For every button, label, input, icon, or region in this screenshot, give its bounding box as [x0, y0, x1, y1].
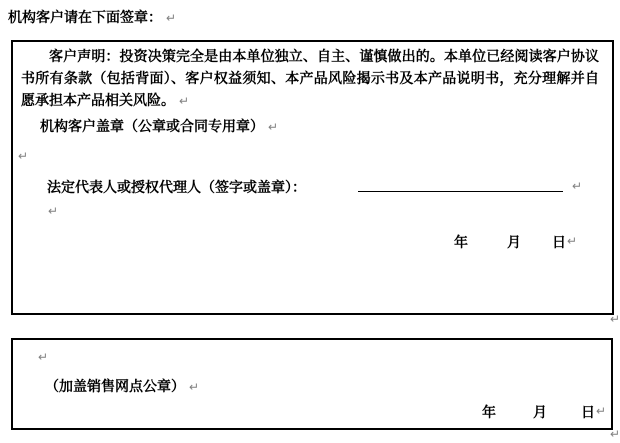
- pilcrow-icon: ↵: [189, 380, 199, 394]
- pilcrow-icon: ↵: [166, 11, 176, 25]
- page-title: 机构客户请在下面签章：: [8, 9, 162, 25]
- pilcrow-icon: ↵: [48, 205, 58, 217]
- client-declaration: 客户声明：投资决策完全是由本单位独立、自主、谨慎做出的。本单位已经阅读客户协议书…: [21, 45, 599, 111]
- pilcrow-icon: ↵: [179, 94, 189, 108]
- pilcrow-icon: ↵: [567, 235, 577, 247]
- client-seal-line: 机构客户盖章（公章或合同专用章）↵: [40, 116, 278, 136]
- pilcrow-icon: ↵: [596, 405, 606, 417]
- date-day-label: 日: [552, 232, 566, 252]
- page-heading-line: 机构客户请在下面签章：↵: [8, 7, 176, 27]
- sales-outlet-seal-line: （加盖销售网点公章）↵: [45, 376, 199, 396]
- date-day-label: 日: [581, 402, 595, 422]
- date-month-label: 月: [533, 402, 547, 422]
- client-seal-instruction: 机构客户盖章（公章或合同专用章）: [40, 118, 264, 134]
- pilcrow-icon: ↵: [268, 120, 278, 134]
- document-page: 机构客户请在下面签章：↵ 客户声明：投资决策完全是由本单位独立、自主、谨慎做出的…: [0, 0, 620, 443]
- signature-line[interactable]: [358, 176, 563, 192]
- legal-representative-row: 法定代表人或授权代理人（签字或盖章）：: [47, 177, 306, 197]
- pilcrow-icon: ↵: [572, 180, 582, 192]
- pilcrow-icon: ↵: [610, 428, 620, 440]
- sales-outlet-seal-instruction: （加盖销售网点公章）: [45, 378, 185, 394]
- pilcrow-icon: ↵: [18, 150, 28, 162]
- pilcrow-icon: ↵: [38, 351, 48, 363]
- legal-representative-label: 法定代表人或授权代理人（签字或盖章）：: [47, 179, 306, 195]
- date-year-label: 年: [482, 402, 496, 422]
- pilcrow-icon: ↵: [610, 313, 620, 325]
- date-year-label: 年: [454, 232, 468, 252]
- client-declaration-text: 客户声明：投资决策完全是由本单位独立、自主、谨慎做出的。本单位已经阅读客户协议书…: [21, 48, 599, 108]
- date-month-label: 月: [507, 232, 521, 252]
